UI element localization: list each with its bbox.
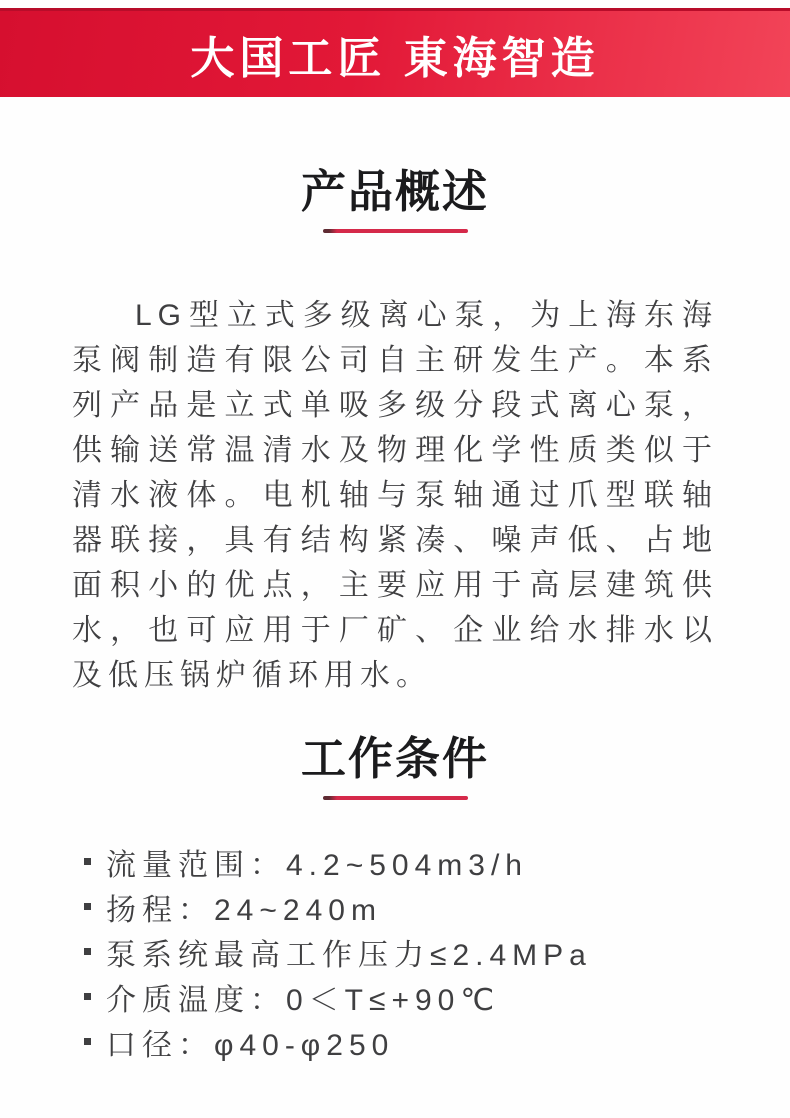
section-working-conditions: 工作条件 流量范围：4.2~504m3/h 扬程：24~240m 泵系统最高工作…	[0, 734, 790, 1064]
working-conditions-title-underline	[323, 796, 468, 800]
bullet-icon	[84, 948, 91, 955]
section-product-overview: 产品概述 LG型立式多级离心泵，为上海东海泵阀制造有限公司自主研发生产。本系列产…	[0, 167, 790, 698]
spec-item-head: 扬程：24~240m	[84, 884, 790, 929]
page: 大国工匠 東海智造 产品概述 LG型立式多级离心泵，为上海东海泵阀制造有限公司自…	[0, 0, 790, 1118]
spec-item-diameter: 口径：φ40-φ250	[84, 1019, 790, 1064]
spec-item-text: 口径：φ40-φ250	[106, 1020, 394, 1064]
bullet-icon	[84, 1038, 91, 1045]
spec-item-text: 扬程：24~240m	[106, 885, 382, 929]
page-top-margin	[0, 0, 790, 8]
overview-title-underline	[323, 229, 468, 233]
overview-section-title: 产品概述	[0, 167, 790, 217]
banner: 大国工匠 東海智造	[0, 8, 790, 97]
working-conditions-section-title: 工作条件	[0, 734, 790, 784]
spec-item-text: 介质温度：0＜T≤+90℃	[106, 975, 500, 1019]
overview-paragraph: LG型立式多级离心泵，为上海东海泵阀制造有限公司自主研发生产。本系列产品是立式单…	[72, 293, 718, 698]
bullet-icon	[84, 858, 91, 865]
spec-item-flow-range: 流量范围：4.2~504m3/h	[84, 839, 790, 884]
spec-item-max-pressure: 泵系统最高工作压力≤2.4MPa	[84, 929, 790, 974]
bullet-icon	[84, 903, 91, 910]
spec-item-text: 泵系统最高工作压力≤2.4MPa	[106, 930, 592, 974]
spec-list: 流量范围：4.2~504m3/h 扬程：24~240m 泵系统最高工作压力≤2.…	[0, 839, 790, 1064]
banner-title: 大国工匠 東海智造	[190, 22, 599, 86]
spec-item-text: 流量范围：4.2~504m3/h	[106, 840, 528, 884]
bullet-icon	[84, 993, 91, 1000]
spec-item-medium-temperature: 介质温度：0＜T≤+90℃	[84, 974, 790, 1019]
